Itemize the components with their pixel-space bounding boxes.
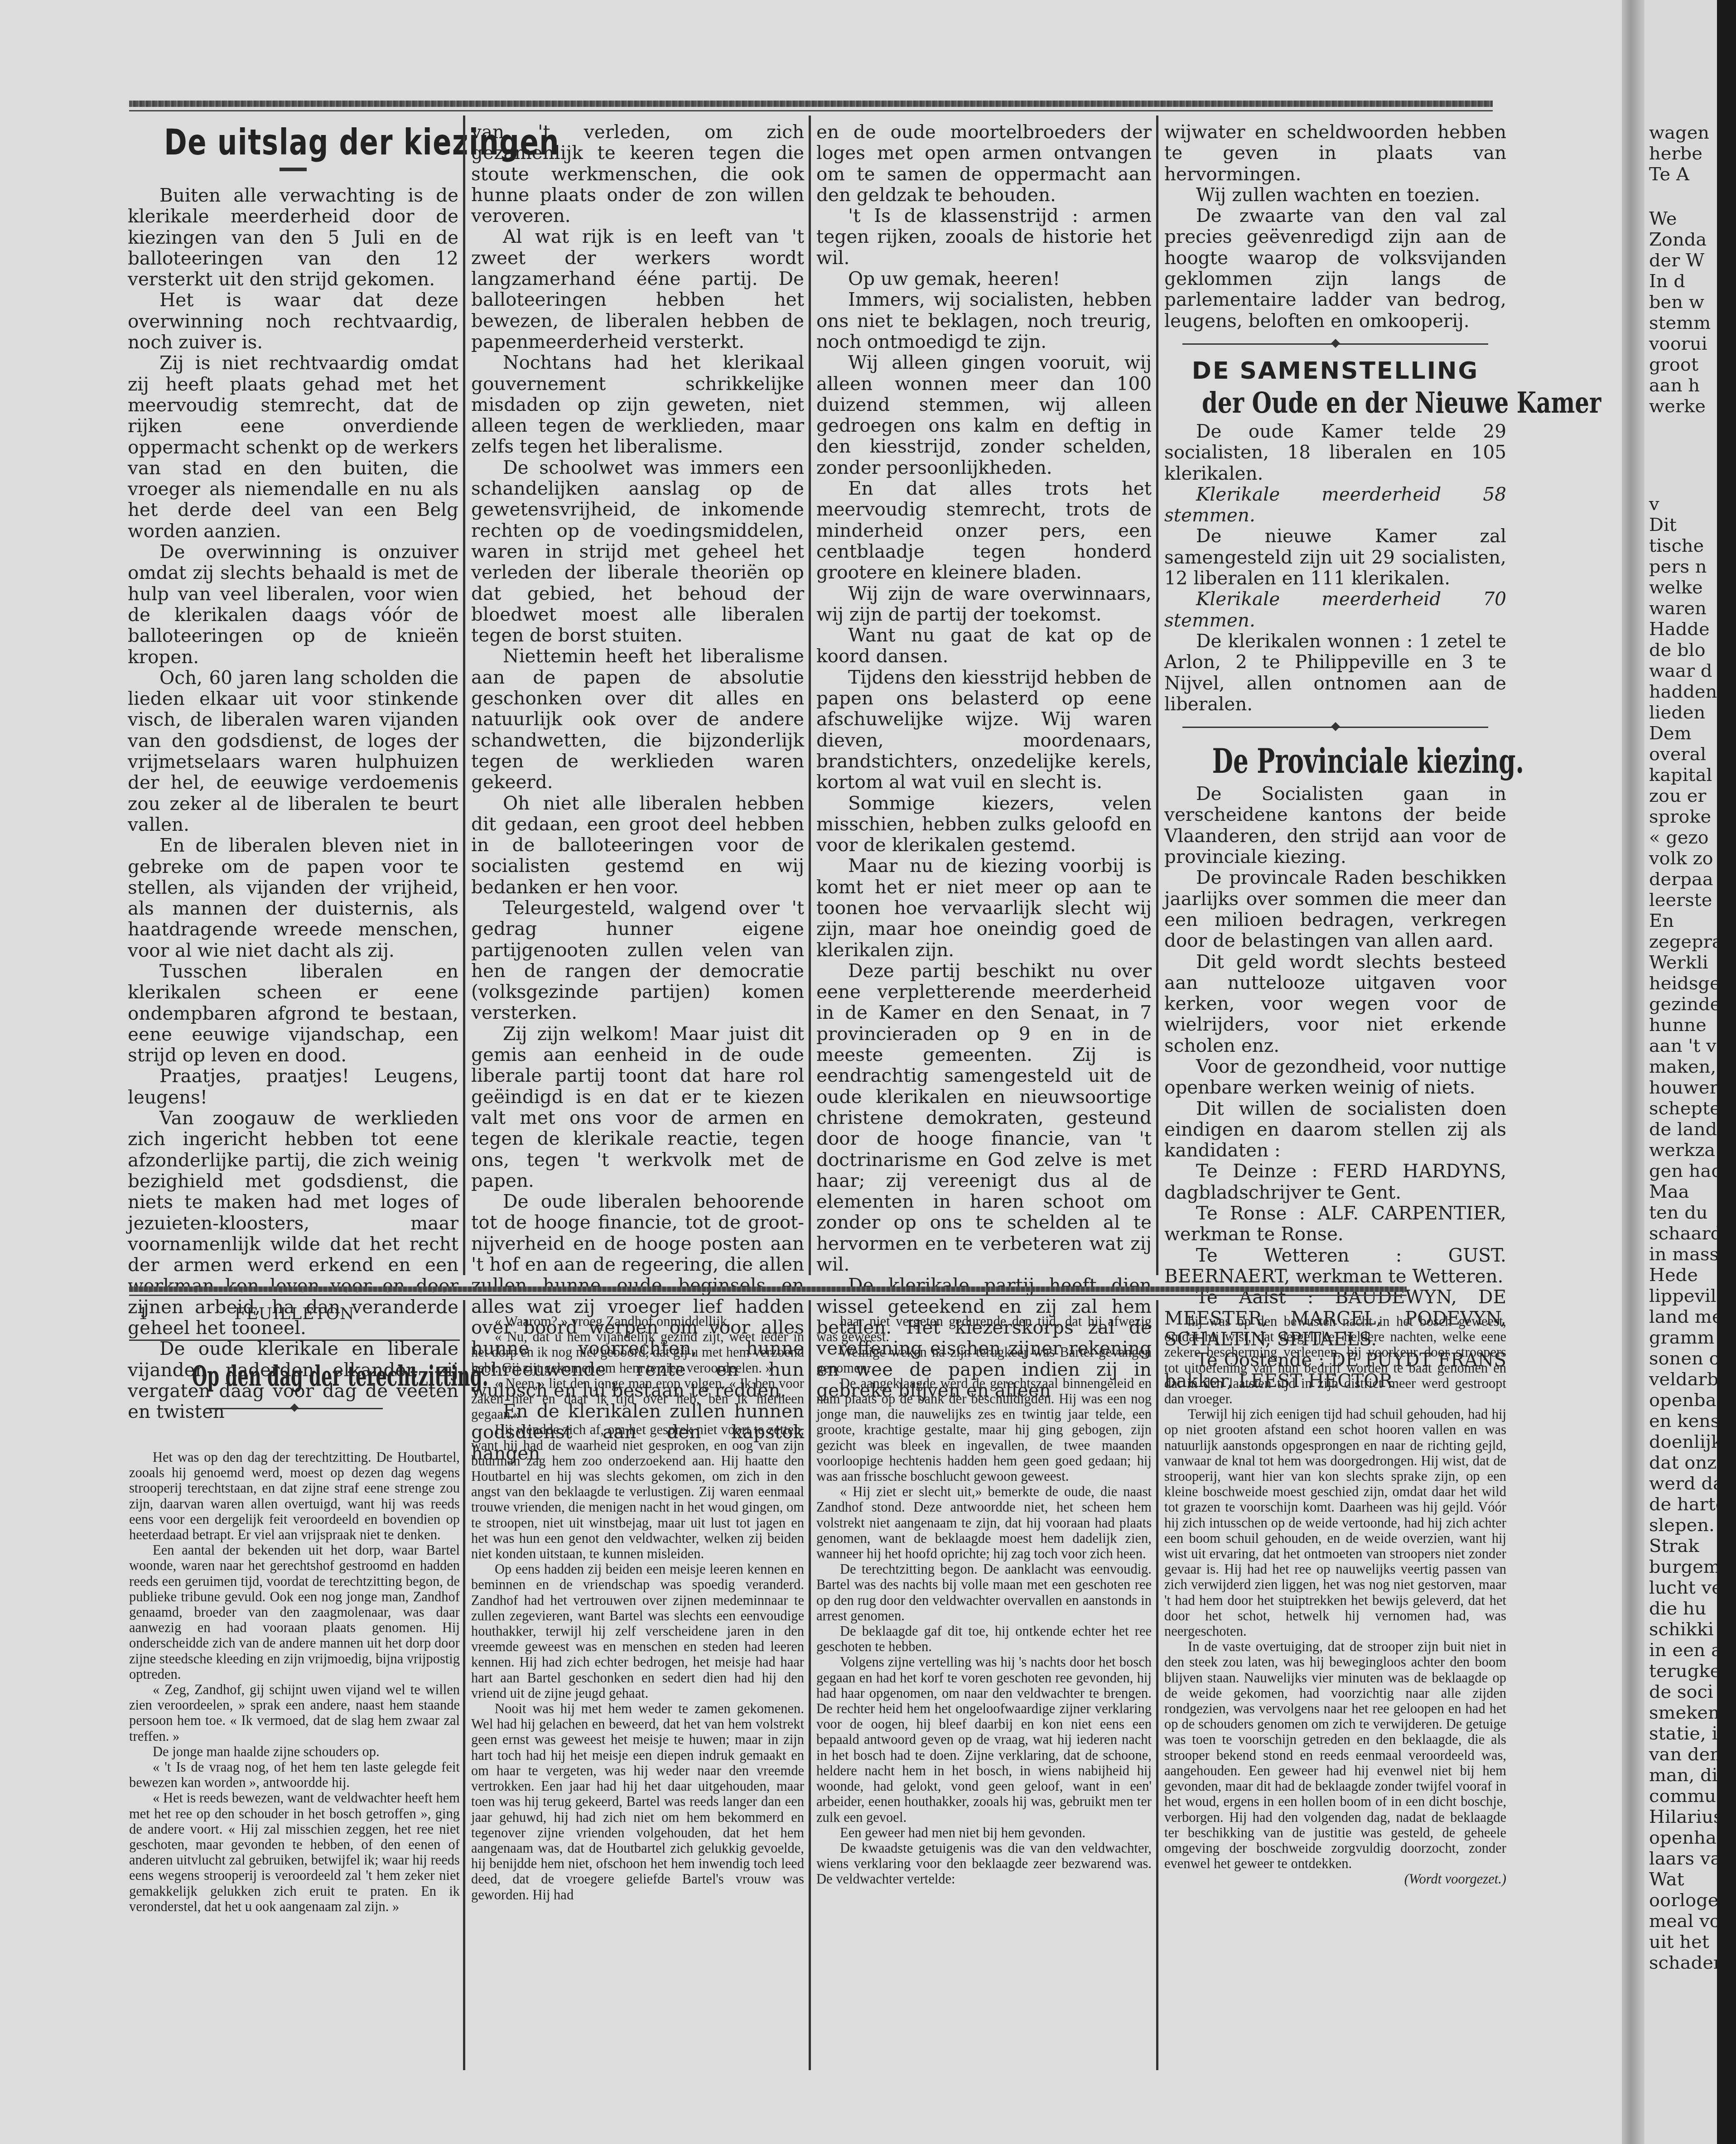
title-underline [280,168,307,171]
paragraph: Nochtans had het klerikaal gouvernement … [471,352,804,457]
feuilleton-separator-rule [129,1286,1407,1292]
paragraph: « Nu, dat u hem vijandelijk gezind zijt,… [471,1329,804,1376]
paragraph: Op eens hadden zij beiden een meisje lee… [471,1561,804,1701]
adjacent-page-line: zegepra [1649,931,1717,952]
candidate-desc: dagbladschrijver te Gent. [1164,1181,1401,1203]
candidate-desc: werkman te Wetteren. [1296,1265,1503,1287]
candidate-names: FERD HARDYNS, [1333,1160,1506,1182]
adjacent-page-line: houwer [1649,1077,1717,1098]
provinciale-section: De Provinciale kiezing. De Socialisten g… [1164,740,1506,1392]
paragraph: De beklaagde gaf dit toe, hij ontkende e… [816,1624,1152,1654]
adjacent-page-line: hunne [1649,1015,1707,1036]
paragraph: Praatjes, praatjes! Leugens, leugens! [128,1065,458,1108]
adjacent-page-line: man, di [1649,1765,1717,1786]
newspaper-page: De uitslag der kiezingen Buiten alle ver… [0,0,1622,2144]
adjacent-page-line: zou er [1649,785,1706,806]
paragraph: Wij zullen wachten en toezien. [1164,184,1506,205]
column-divider [463,116,465,1275]
adjacent-page-line: van den [1649,1744,1717,1765]
candidate-entry: Te Wetteren : GUST. BEERNAERT, werkman t… [1164,1245,1506,1287]
page-gutter-shadow [1622,0,1644,2144]
paragraph: Terwijl hij zich eenigen tijd had schuil… [1164,1407,1506,1639]
paragraph: De overwinning is onzuiver omdat zij sle… [128,541,458,667]
feuilleton-column-4: hij was op den bewusten nacht in het bos… [1164,1314,1506,1887]
paragraph: Och, 60 jaren lang scholden die lieden e… [128,667,458,835]
paragraph: Nooit was hij met hem weder te zamen gek… [471,1701,804,1903]
paragraph: De klerikalen wonnen : 1 zetel te Arlon,… [1164,631,1506,714]
adjacent-page-line: sproke [1649,806,1711,827]
paragraph: Het was op den dag der terechtzitting. D… [129,1450,460,1542]
paragraph: Oh niet alle liberalen hebben dit gedaan… [471,793,804,897]
adjacent-page-line: doenlijk [1649,1431,1717,1452]
paragraph: haar niet vergeten gedurende den tijd, d… [816,1314,1152,1344]
column-divider [1156,1300,1158,2070]
paragraph: Voor de gezondheid, voor nuttige openbar… [1164,1056,1506,1098]
adjacent-page-line: v [1649,494,1659,515]
candidate-entry: Te Deinze : FERD HARDYNS, dagbladschrijv… [1164,1161,1506,1203]
paragraph: De nieuwe Kamer zal samengesteld zijn ui… [1164,525,1506,588]
adjacent-page-line: stemm [1649,313,1711,333]
adjacent-page-line: dat onze [1649,1452,1717,1473]
column-divider [809,1300,811,2070]
paragraph: Buiten alle verwachting is de klerikale … [128,185,458,289]
adjacent-page-line: voorui [1649,333,1707,354]
paragraph: Tusschen liberalen en klerikalen scheen … [128,961,458,1065]
adjacent-page-line: Werkli [1649,952,1708,973]
candidate-names: ALF. CARPENTIER, [1317,1202,1506,1224]
feuilleton-column-3: haar niet vergeten gedurende den tijd, d… [816,1314,1152,1887]
adjacent-page-line: In d [1649,271,1685,292]
adjacent-page-line: openbaa [1649,1390,1717,1411]
paragraph: Weinige weken na zijn terugkeer was Bart… [816,1344,1152,1375]
paragraph: « Zeg, Zandhof, gij schijnt uwen vijand … [129,1682,460,1744]
continued-note: (Wordt voorgezet.) [1381,1871,1506,1887]
adjacent-page-fragment: wagenherbeTe A WeZondader WIn dben wstem… [1644,0,1717,2144]
paragraph: 't Is de klassenstrijd : armen tegen rij… [816,205,1152,268]
paragraph: Op uw gemak, heeren! [816,268,1152,289]
adjacent-page-line: der W [1649,250,1704,271]
paragraph: Wij alleen gingen vooruit, wij alleen wo… [816,352,1152,478]
adjacent-page-line: aan h [1649,375,1700,396]
majority-note: Klerikale meerderheid 70 stemmen. [1164,588,1506,631]
adjacent-page-line: Hede [1649,1265,1698,1286]
column-divider [463,1300,465,2070]
paragraph: Hij wendde zich af, om het gesprek niet … [471,1422,804,1561]
adjacent-page-line: terugke [1649,1661,1717,1681]
feuilleton-title: Op den dag der terechtzitting. [192,1359,397,1393]
adjacent-page-line: hadden [1649,681,1717,702]
adjacent-page-line: Hadde [1649,619,1710,640]
paragraph: Tijdens den kiesstrijd hebben de papen o… [816,667,1152,793]
samenstelling-section: DE SAMENSTELLING der Oude en der Nieuwe … [1164,357,1506,714]
adjacent-page-line: in een a [1649,1640,1717,1661]
main-article-title: De uitslag der kiezingen [164,122,422,163]
adjacent-page-line: meal vo [1649,1911,1717,1932]
adjacent-page-line: leerste [1649,890,1712,911]
paragraph: Wij zijn de ware overwinnaars, wij zijn … [816,583,1152,625]
paragraph: Immers, wij socialisten, hebben ons niet… [816,289,1152,352]
paragraph: Zij zijn welkom! Maar juist dit gemis aa… [471,1023,804,1191]
paragraph: Volgens zijne vertelling was hij 's nach… [816,1654,1152,1825]
paragraph: De Socialisten gaan in verscheidene kant… [1164,783,1506,867]
candidate-entry: Te Ronse : ALF. CARPENTIER, werkman te R… [1164,1203,1506,1245]
scan-border [1717,0,1736,2144]
paragraph: Niettemin heeft het liberalisme aan de p… [471,646,804,792]
adjacent-page-line: die hu [1649,1598,1706,1619]
paragraph: De schoolwet was immers een schandelijke… [471,457,804,646]
adjacent-page-line: ben w [1649,292,1704,313]
adjacent-page-line: waren [1649,598,1707,619]
adjacent-page-line: overal [1649,744,1706,765]
paragraph: en de oude moortelbroeders der loges met… [816,121,1152,205]
majority-note: Klerikale meerderheid 58 stemmen. [1164,484,1506,526]
adjacent-page-line: tische [1649,535,1704,556]
paragraph: Van zoogauw de werklieden zich ingericht… [128,1108,458,1338]
feuilleton-label: FEUILLETON [129,1305,460,1323]
paragraph: De aangeklaagde werd de gerechtszaal bin… [816,1376,1152,1484]
adjacent-page-line: veldarb [1649,1369,1717,1390]
paragraph: In de vaste overtuiging, dat de strooper… [1164,1639,1506,1871]
paragraph: Een geweer had men niet bij hem gevonden… [816,1825,1152,1840]
paragraph: De terechtzitting begon. De aanklacht wa… [816,1561,1152,1624]
main-article-column-3: en de oude moortelbroeders der loges met… [816,121,1152,1401]
adjacent-page-line: gen had [1649,1161,1717,1181]
feuilleton-ornament [206,1404,383,1413]
adjacent-page-line: pers n [1649,556,1707,577]
paragraph: « Hij ziet er slecht uit,» bemerkte de o… [816,1484,1152,1561]
candidate-desc: werkman te Ronse. [1164,1223,1344,1245]
adjacent-page-line: welke [1649,577,1703,598]
paragraph: Deze partij beschikt nu over eene verple… [816,960,1152,1275]
adjacent-page-line: We [1649,208,1677,229]
paragraph: Al wat rijk is en leeft van 't zweet der… [471,226,804,352]
section-ornament-divider [1182,723,1488,732]
provinciale-title: De Provinciale kiezing. [1212,740,1459,783]
column-4: wijwater en scheldwoorden hebben te geve… [1164,121,1506,1392]
paragraph: De zwaarte van den val zal precies geëve… [1164,205,1506,331]
adjacent-page-line: lucht ve [1649,1577,1717,1598]
paragraph: Maar nu de kiezing voorbij is komt het e… [816,855,1152,960]
adjacent-page-line: gramm [1649,1327,1714,1348]
paragraph: « 't Is de vraag nog, of het hem ten las… [129,1759,460,1790]
adjacent-page-line: statie, i [1649,1723,1717,1744]
adjacent-page-line: groot [1649,354,1698,375]
adjacent-page-line: kapital [1649,765,1712,785]
adjacent-page-line: Te A [1649,164,1689,185]
adjacent-page-line: land me [1649,1306,1717,1327]
top-ornamental-rule [129,101,1493,107]
main-article-column-2: van 't verleden, om zich gezamenlijk te … [471,121,804,1464]
column-divider [809,116,811,1275]
adjacent-page-line: smeken [1649,1702,1717,1723]
candidate-place: Te Wetteren : [1196,1244,1402,1266]
adjacent-page-line: de harte [1649,1494,1717,1515]
paragraph: « Neen,» liet den jonge man erop volgen.… [471,1376,804,1422]
feuilleton-column-1: Het was op den dag der terechtzitting. D… [129,1450,460,1914]
paragraph: En de liberalen bleven niet in gebreke o… [128,835,458,961]
adjacent-page-line: Maa [1649,1181,1689,1202]
adjacent-page-line: heidsge [1649,973,1717,994]
adjacent-page-line: Zonda [1649,229,1707,250]
paragraph: « Waarom? » vroeg Zandhof onmiddellijk. [471,1314,804,1329]
main-article-column-1: De uitslag der kiezingen Buiten alle ver… [128,122,458,1422]
paragraph: De kwaadste getuigenis was die van den v… [816,1840,1152,1887]
adjacent-page-line: schepte [1649,1098,1717,1119]
feuilleton-header: 1 FEUILLETON Op den dag der terechtzitti… [129,1305,460,1413]
adjacent-page-line: slepen. [1649,1515,1715,1536]
paragraph: van 't verleden, om zich gezamenlijk te … [471,121,804,226]
adjacent-page-line: en kens [1649,1411,1717,1431]
paragraph: Zij is niet rechtvaardig omdat zij heeft… [128,352,458,541]
adjacent-page-line: « gezo [1649,827,1709,848]
feuilleton-column-2: « Waarom? » vroeg Zandhof onmiddellijk. … [471,1314,804,1903]
adjacent-page-line: sonen o [1649,1348,1717,1369]
adjacent-page-line: waar d [1649,660,1712,681]
paragraph: Want nu gaat de kat op de koord dansen. [816,625,1152,667]
candidate-place: Te Deinze : [1196,1160,1318,1182]
feuilleton-separator-line [129,1295,1407,1296]
adjacent-page-line: lippevil [1649,1286,1717,1306]
adjacent-page-line: laars va [1649,1848,1717,1869]
feuilleton-number: 1 [138,1305,149,1323]
adjacent-page-line: herbe [1649,143,1702,164]
adjacent-page-line: Strak [1649,1536,1699,1556]
adjacent-page-line: aan 't v [1649,1036,1717,1056]
adjacent-page-line: wagen [1649,122,1709,143]
section-ornament-divider [1182,339,1488,348]
adjacent-page-line: schaden [1649,1952,1717,1973]
adjacent-page-line: En [1649,911,1674,931]
paragraph: De oude Kamer telde 29 socialisten, 18 l… [1164,421,1506,484]
adjacent-page-line: volk zo [1649,848,1713,869]
adjacent-page-line: de blo [1649,640,1705,660]
paragraph: hij was op den bewusten nacht in het bos… [1164,1314,1506,1407]
adjacent-page-line: werd da [1649,1473,1717,1494]
paragraph: Het is waar dat deze overwinning noch re… [128,289,458,352]
paragraph: De provincale Raden beschikken jaarlijks… [1164,867,1506,951]
adjacent-page-line: werke [1649,396,1706,417]
paragraph: Een aantal der bekenden uit het dorp, wa… [129,1542,460,1682]
adjacent-page-line: maken, [1649,1056,1716,1077]
top-rule-line [129,110,1493,111]
samenstelling-title: DE SAMENSTELLING [1164,357,1506,385]
paragraph: « Het is reeds bewezen, want de veldwach… [129,1790,460,1914]
adjacent-page-line: ten du [1649,1202,1708,1223]
adjacent-page-line: commu [1649,1786,1716,1807]
paragraph: Sommige kiezers, velen misschien, hebben… [816,793,1152,856]
samenstelling-subtitle: der Oude en der Nieuwe Kamer [1202,385,1469,421]
paragraph: Teleurgesteld, walgend over 't gedrag hu… [471,897,804,1023]
adjacent-page-line: werkza [1649,1140,1715,1161]
adjacent-page-line: derpaa [1649,869,1713,890]
adjacent-page-line: gezinde [1649,994,1717,1015]
paragraph: En dat alles trots het meervoudig stemre… [816,478,1152,583]
adjacent-page-line: Hilarius [1649,1807,1717,1827]
paragraph: wijwater en scheldwoorden hebben te geve… [1164,121,1506,184]
adjacent-page-line: oorloge [1649,1890,1717,1911]
candidate-place: Te Ronse : [1196,1202,1305,1224]
column-divider [1156,116,1158,1275]
adjacent-page-line: Dit [1649,515,1677,535]
paragraph: Dit willen de socialisten doen eindigen … [1164,1098,1506,1161]
adjacent-page-line: de soci [1649,1681,1713,1702]
adjacent-page-line: uit het [1649,1932,1709,1952]
paragraph: De jonge man haalde zijne schouders op. [129,1744,460,1759]
adjacent-page-line: Dem [1649,723,1692,744]
feuilleton-rule [129,1339,460,1341]
adjacent-page-line: Wat [1649,1869,1684,1890]
adjacent-page-line: schikki [1649,1619,1714,1640]
adjacent-page-line: openhar [1649,1827,1717,1848]
adjacent-page-line: de land [1649,1119,1717,1140]
adjacent-page-line: in mass [1649,1244,1717,1265]
adjacent-page-line: lieden [1649,702,1705,723]
adjacent-page-line: burgem [1649,1556,1717,1577]
paragraph: Dit geld wordt slechts besteed aan nutte… [1164,951,1506,1056]
adjacent-page-line: schaard [1649,1223,1717,1244]
